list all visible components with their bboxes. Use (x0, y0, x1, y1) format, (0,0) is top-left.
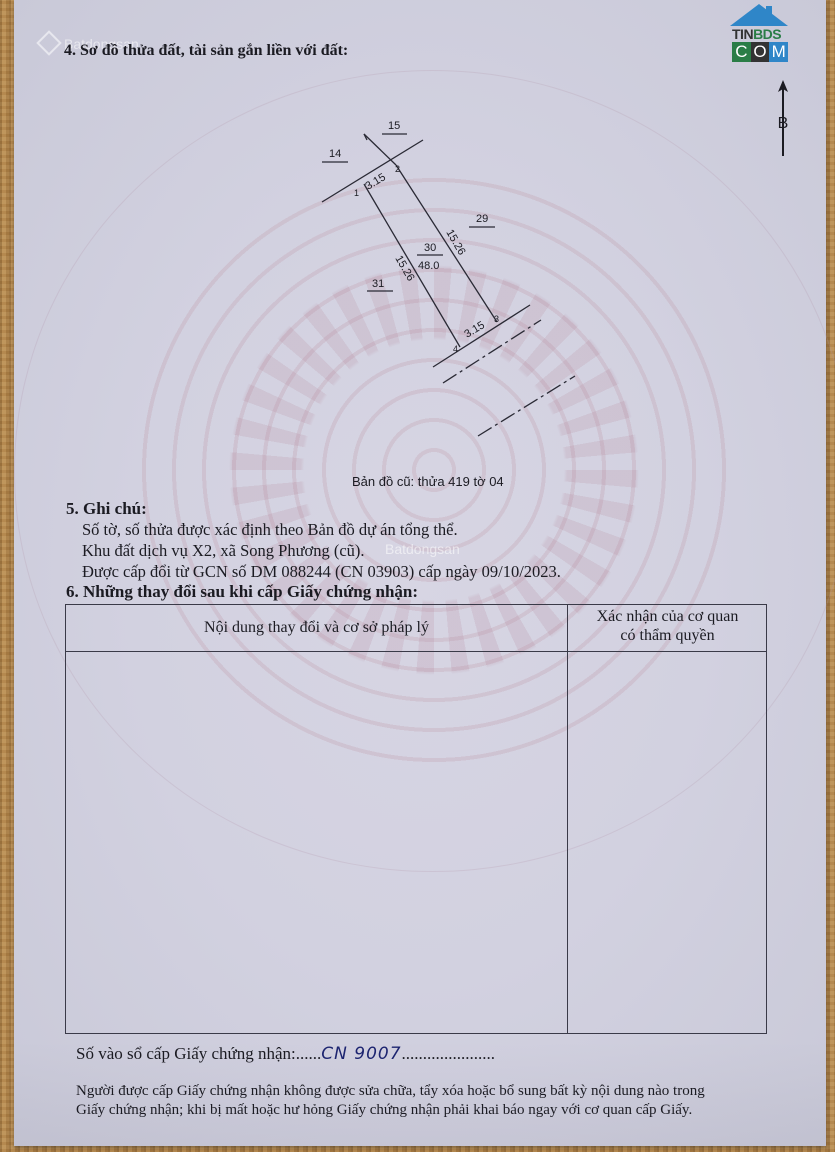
note-line-3: Được cấp đổi từ GCN số DM 088244 (CN 039… (82, 562, 561, 582)
section-5-title: 5. Ghi chú: (66, 499, 147, 519)
changes-table: Nội dung thay đổi và cơ sở pháp lý Xác n… (65, 604, 767, 1034)
right-boundary-line (396, 165, 497, 322)
right-edge-length: 15.26 (443, 228, 467, 258)
neighbor-parcel-14: 14 (329, 148, 341, 160)
road-dashed-line-2 (478, 376, 575, 436)
footer-warning-line-2: Giấy chứng nhận; khi bị mất hoặc hư hỏng… (76, 1102, 692, 1119)
note-line-1: Số tờ, số thửa được xác định theo Bản đồ… (82, 520, 458, 540)
registry-number-line: Số vào sổ cấp Giấy chứng nhận:......CN 9… (76, 1044, 495, 1064)
vertex-3: 3 (494, 314, 499, 324)
batdongsan-watermark-mid: Batdongsan (385, 541, 460, 557)
neighbor-parcel-31: 31 (372, 278, 384, 290)
registry-label: Số vào sổ cấp Giấy chứng nhận: (76, 1044, 296, 1063)
parcel-number: 30 (424, 242, 436, 254)
neighbor-parcel-29: 29 (476, 213, 488, 225)
registry-handwritten-number: CN 9007 (321, 1044, 401, 1064)
parcel-plan-drawing: 14 15 29 31 30 48.0 3.15 3.15 15.26 15.2… (0, 0, 835, 500)
parcel-area: 48.0 (418, 260, 439, 272)
note-line-2: Khu đất dịch vụ X2, xã Song Phương (cũ). (82, 541, 365, 561)
back-edge-length: 3.15 (462, 319, 487, 340)
authority-confirmation-cell (569, 653, 766, 1033)
old-map-note: Bản đồ cũ: thửa 419 tờ 04 (352, 474, 504, 489)
left-edge-length: 15.26 (392, 254, 416, 284)
left-boundary-line (364, 184, 460, 347)
header-authority-confirmation: Xác nhận của cơ quan có thẩm quyền (569, 607, 766, 651)
neighbor-parcel-15: 15 (388, 120, 400, 132)
vertex-4: 4 (453, 344, 458, 354)
vertex-2: 2 (395, 164, 400, 174)
footer-warning-line-1: Người được cấp Giấy chứng nhận không đượ… (76, 1083, 705, 1100)
section-6-title: 6. Những thay đổi sau khi cấp Giấy chứng… (66, 582, 418, 602)
vertex-1: 1 (354, 188, 359, 198)
change-content-cell (66, 653, 567, 1033)
side-extension-line (364, 134, 396, 165)
header-change-content: Nội dung thay đổi và cơ sở pháp lý (66, 605, 567, 651)
